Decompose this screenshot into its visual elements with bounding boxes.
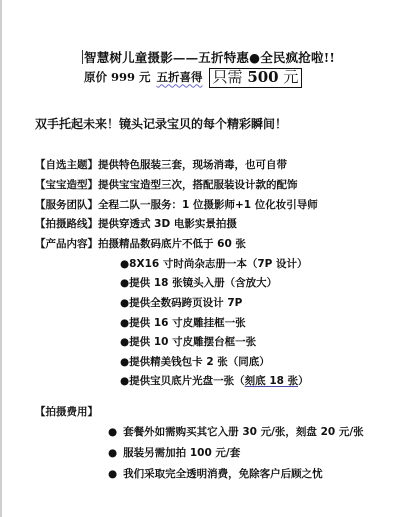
original-price: 原价 999 元 xyxy=(84,72,151,84)
bullet-icon: ● xyxy=(108,426,117,438)
bullet-icon: ● xyxy=(120,356,129,368)
product-item-text: 8X16 寸时尚杂志册一本（7P 设计） xyxy=(129,258,307,270)
product-item-text: 提供精美钱包卡 2 张（同底） xyxy=(129,356,270,368)
final-price-box: 只需 500 元 xyxy=(209,68,303,88)
final-price-amount: 500 xyxy=(247,68,278,86)
section-label: 【产品内容】 xyxy=(35,238,98,250)
fees-label: 【拍摄费用】 xyxy=(35,407,98,418)
section-label: 【服务团队】 xyxy=(35,199,98,211)
product-item: ●提供全数码跨页设计 7P xyxy=(120,298,242,309)
text-cursor xyxy=(82,50,83,64)
bullet-icon: ● xyxy=(120,277,129,289)
section-label: 【拍摄路线】 xyxy=(35,218,98,230)
product-item: ●提供 10 寸皮雕摆台框一张 xyxy=(120,337,256,348)
final-price-unit: 元 xyxy=(283,68,298,86)
product-item-text: 提供全数码跨页设计 7P xyxy=(129,297,242,309)
product-item: ●提供 18 张镜头入册（含放大） xyxy=(120,278,277,289)
section-text: 拍摄精品数码底片不低于 60 张 xyxy=(98,238,246,250)
bullet-icon: ● xyxy=(108,468,117,480)
fee-item-text: 我们采取完全透明消费，免除客户后顾之忧 xyxy=(123,468,323,480)
promo-title: 智慧树儿童摄影——五折特惠●全民疯抢啦!! xyxy=(82,50,335,65)
product-item-text-end: ） xyxy=(298,375,309,387)
price-row: 原价 999 元 五折喜得 只需 500 元 xyxy=(84,68,302,88)
section-text: 提供穿透式 3D 电影实景拍摄 xyxy=(98,218,237,230)
product-item-text: 提供宝贝底片光盘一张（ xyxy=(129,375,245,387)
section-text: 全程二队一服务：1 位摄影师+1 位化妆引导师 xyxy=(98,199,318,211)
bullet-icon: ● xyxy=(120,258,129,270)
product-item: ●8X16 寸时尚杂志册一本（7P 设计） xyxy=(120,259,308,270)
discount-label: 五折喜得 xyxy=(157,72,203,84)
fee-item-text: 套餐外如需购买其它入册 30 元/张，刻盘 20 元/张 xyxy=(123,426,364,438)
bullet-icon: ● xyxy=(120,317,129,329)
bullet-icon: ● xyxy=(120,336,129,348)
fee-item: ●套餐外如需购买其它入册 30 元/张，刻盘 20 元/张 xyxy=(108,427,364,438)
product-item-text: 提供 18 张镜头入册（含放大） xyxy=(129,277,277,289)
bullet-icon: ● xyxy=(120,375,129,387)
bullet-icon: ● xyxy=(108,447,117,459)
page-left-border xyxy=(0,0,2,517)
fee-item-text: 服装另需加拍 100 元/套 xyxy=(123,447,240,459)
promo-title-text: 智慧树儿童摄影——五折特惠●全民疯抢啦!! xyxy=(84,50,335,65)
section-text: 提供特色服装三套，现场消毒，也可自带 xyxy=(98,159,287,171)
section-label: 【自选主题】 xyxy=(35,159,98,171)
product-item-highlight: 刻底 18 张 xyxy=(245,375,298,387)
section-theme: 【自选主题】提供特色服装三套，现场消毒，也可自带 xyxy=(35,160,287,171)
section-team: 【服务团队】全程二队一服务：1 位摄影师+1 位化妆引导师 xyxy=(35,200,318,211)
bullet-icon: ● xyxy=(120,297,129,309)
section-products: 【产品内容】拍摄精品数码底片不低于 60 张 xyxy=(35,239,246,250)
fee-item: ●服装另需加拍 100 元/套 xyxy=(108,448,240,459)
product-item-text: 提供 10 寸皮雕摆台框一张 xyxy=(129,336,256,348)
slogan: 双手托起未来！镜头记录宝贝的每个精彩瞬间！ xyxy=(35,118,287,130)
fee-item: ●我们采取完全透明消费，免除客户后顾之忧 xyxy=(108,469,323,480)
final-price-prefix: 只需 xyxy=(213,68,243,86)
product-item-text: 提供 16 寸皮雕挂框一张 xyxy=(129,317,245,329)
section-label: 【宝宝造型】 xyxy=(35,179,98,191)
product-item: ●提供 16 寸皮雕挂框一张 xyxy=(120,318,246,329)
section-text: 提供宝宝造型三次，搭配服装设计款的配饰 xyxy=(98,179,298,191)
section-styling: 【宝宝造型】提供宝宝造型三次，搭配服装设计款的配饰 xyxy=(35,180,298,191)
product-item: ●提供精美钱包卡 2 张（同底） xyxy=(120,357,270,368)
section-route: 【拍摄路线】提供穿透式 3D 电影实景拍摄 xyxy=(35,219,237,230)
product-item: ●提供宝贝底片光盘一张（刻底 18 张） xyxy=(120,376,309,387)
